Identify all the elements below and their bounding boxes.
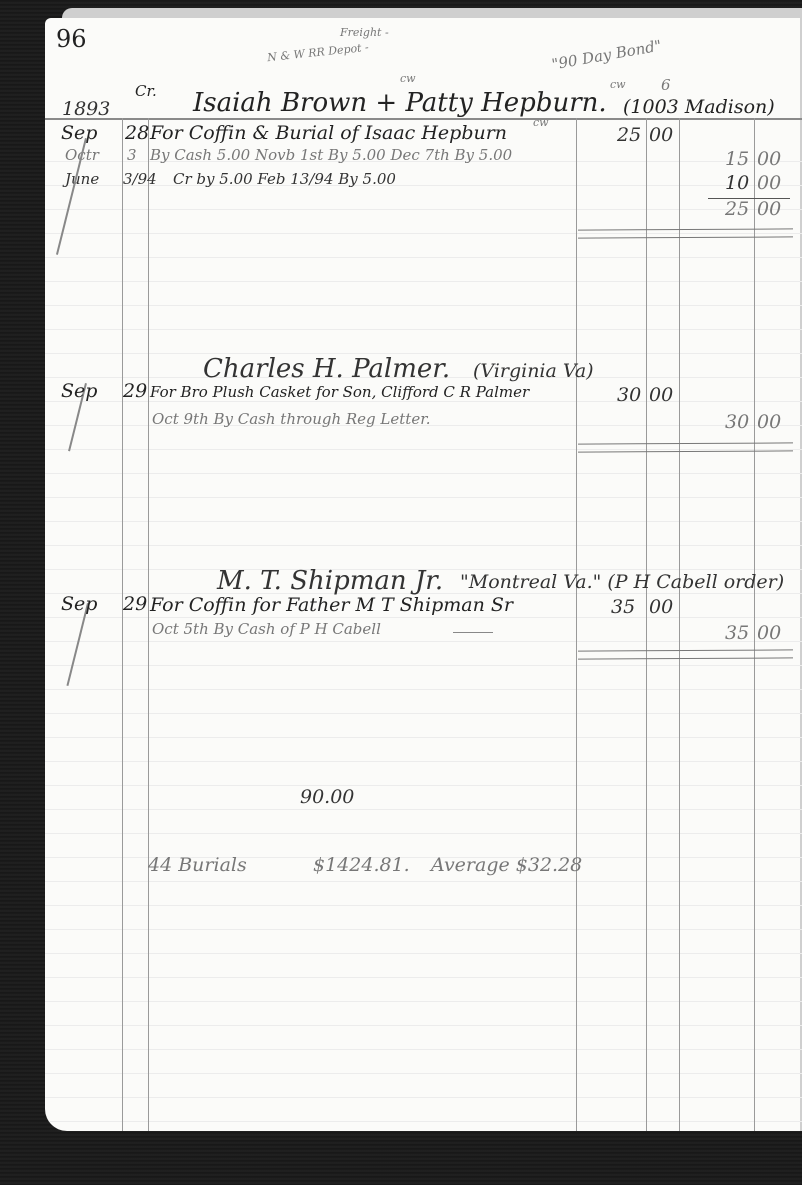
annotation-six: 6 xyxy=(661,76,671,94)
credit-cents: 00 xyxy=(757,622,781,644)
credit-dollars: 30 xyxy=(725,411,749,433)
credit-dollars: 35 xyxy=(725,622,749,644)
page-number: 96 xyxy=(56,25,87,53)
annotation-cw: cw xyxy=(400,72,416,85)
column-rule-debit-cents xyxy=(679,118,680,1131)
entry-address: "Montreal Va." (P H Cabell order) xyxy=(460,571,784,593)
annotation-cw2: cw xyxy=(610,78,626,91)
year: 1893 xyxy=(62,98,110,120)
line-day: 29 xyxy=(123,380,147,402)
summary-subtotal: 90.00 xyxy=(300,786,354,808)
column-rule-month xyxy=(122,118,123,1131)
total-credit-cents: 00 xyxy=(757,198,781,220)
line-description: For Bro Plush Casket for Son, Clifford C… xyxy=(150,383,529,401)
entry-name: Isaiah Brown + Patty Hepburn. xyxy=(193,88,607,118)
annotation-freight: Freight - xyxy=(340,26,389,39)
line-month: Sep xyxy=(61,122,97,144)
line-day: 29 xyxy=(123,593,147,615)
annotation-depot: N & W RR Depot - xyxy=(267,41,370,65)
debit-dollars: 25 xyxy=(617,124,641,146)
ledger-page: 96 1893 Cr. Freight - N & W RR Depot - c… xyxy=(45,18,802,1131)
line-description: Oct 5th By Cash of P H Cabell xyxy=(152,620,381,638)
fill-dash xyxy=(453,632,493,633)
summary-burials: 44 Burials xyxy=(148,854,247,876)
column-rule-day xyxy=(148,118,149,1131)
closing-double-rule xyxy=(578,228,793,238)
total-credit-dollars: 25 xyxy=(725,198,749,220)
line-month: Sep xyxy=(61,593,97,615)
line-description: Oct 9th By Cash through Reg Letter. xyxy=(152,410,431,428)
debit-cents: 00 xyxy=(649,596,673,618)
entry-name: M. T. Shipman Jr. xyxy=(217,566,443,596)
entry-address: (Virginia Va) xyxy=(473,360,594,382)
line-note: cw xyxy=(533,116,549,129)
column-rule-debit-dollars xyxy=(646,118,647,1131)
credit-cents: 00 xyxy=(757,411,781,433)
line-day: 3 xyxy=(127,146,137,164)
closing-double-rule xyxy=(578,442,793,452)
closing-double-rule xyxy=(578,649,793,659)
entry-address: (1003 Madison) xyxy=(623,96,775,118)
annotation-bond: "90 Day Bond" xyxy=(550,36,663,73)
debit-dollars: 35 xyxy=(611,596,635,618)
line-description: For Coffin & Burial of Isaac Hepburn xyxy=(150,122,507,144)
line-day: 28 xyxy=(125,122,149,144)
year-note: Cr. xyxy=(135,82,157,100)
header-rule xyxy=(45,118,802,120)
debit-cents: 00 xyxy=(649,124,673,146)
summary-average: Average $32.28 xyxy=(431,854,582,876)
debit-dollars: 30 xyxy=(617,384,641,406)
column-rule-description xyxy=(576,118,577,1131)
credit-cents: 00 xyxy=(757,172,781,194)
line-day: 3/94 xyxy=(123,170,157,188)
debit-cents: 00 xyxy=(649,384,673,406)
line-description: Cr by 5.00 Feb 13/94 By 5.00 xyxy=(173,170,396,188)
line-month: Sep xyxy=(61,380,97,402)
column-rule-credit-dollars xyxy=(754,118,755,1131)
line-description: By Cash 5.00 Novb 1st By 5.00 Dec 7th By… xyxy=(150,146,512,164)
credit-dollars: 15 xyxy=(725,148,749,170)
credit-cents: 00 xyxy=(757,148,781,170)
summary-total: $1424.81. xyxy=(313,854,410,876)
line-description: For Coffin for Father M T Shipman Sr xyxy=(150,594,513,616)
credit-dollars: 10 xyxy=(725,172,749,194)
entry-name: Charles H. Palmer. xyxy=(203,354,450,384)
line-month: June xyxy=(65,170,99,188)
